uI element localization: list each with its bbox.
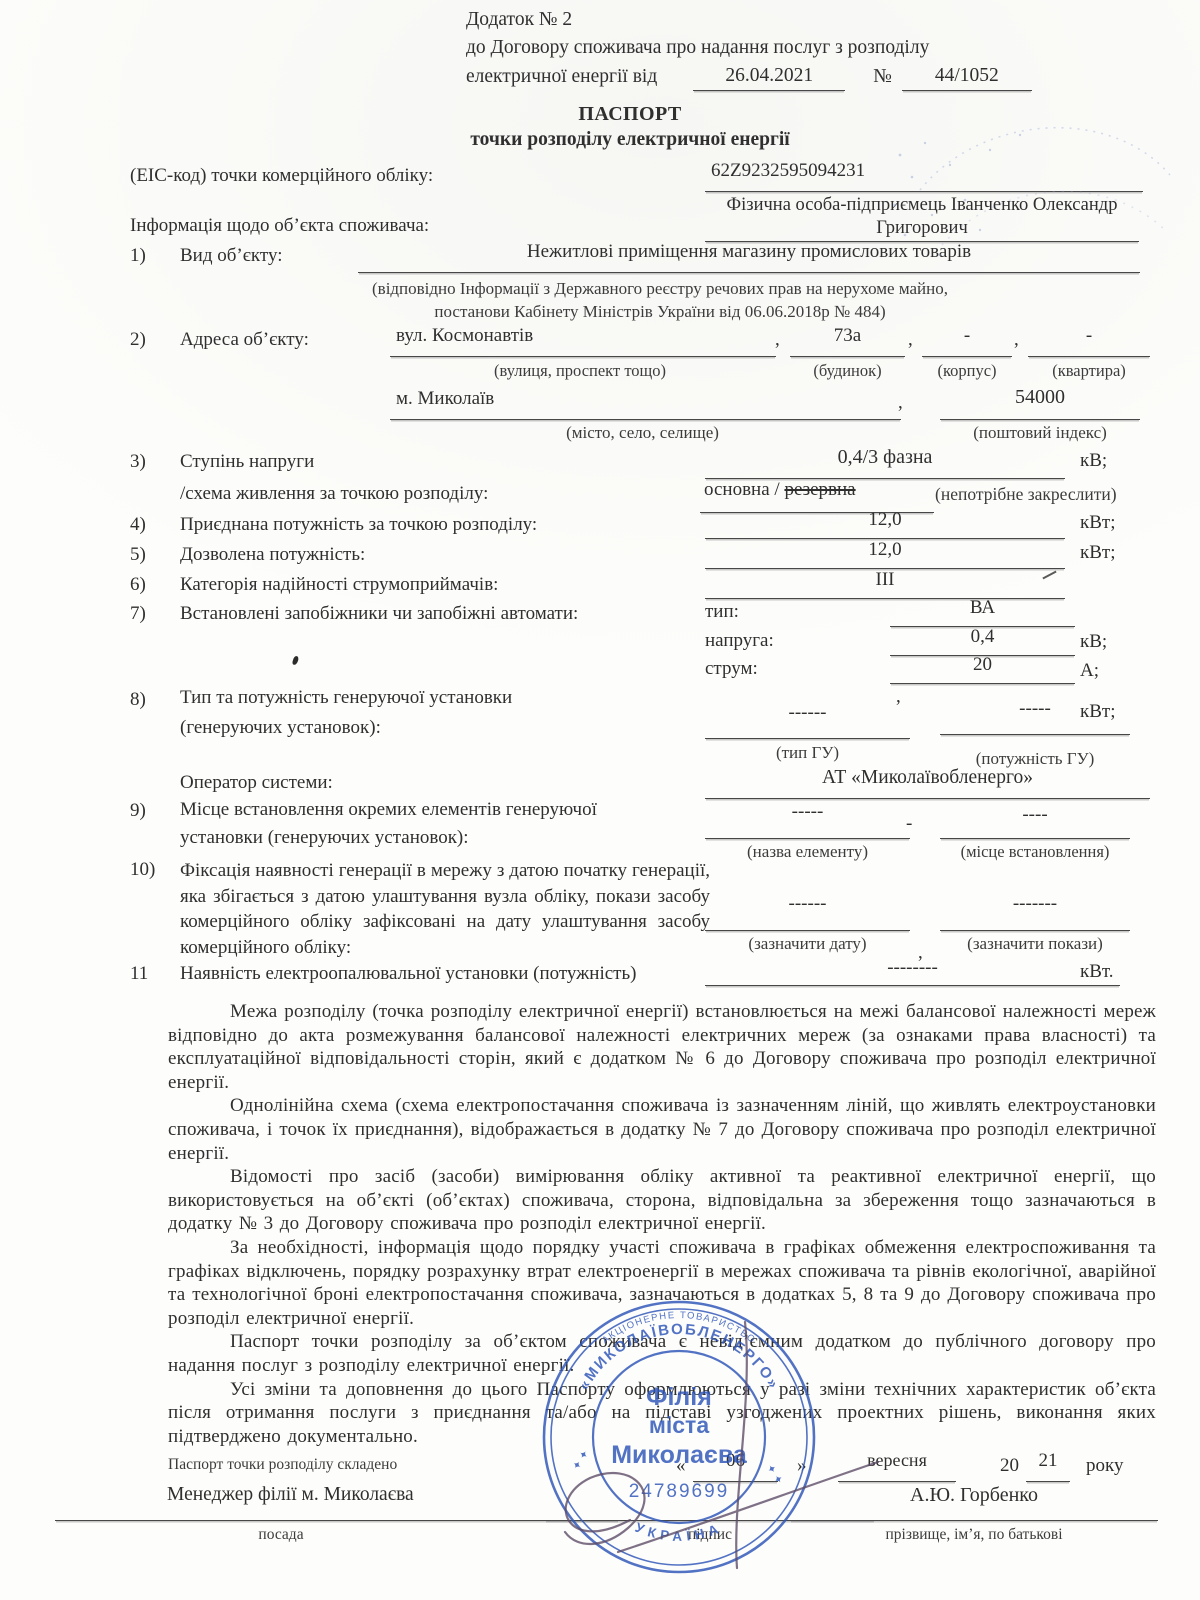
item2-num: 2) bbox=[130, 329, 146, 351]
breaker-type-label: тип: bbox=[705, 601, 739, 623]
item8-label-line2: (генеруючих установок): bbox=[180, 717, 381, 739]
gen-type-note: (тип ГУ) bbox=[705, 743, 910, 763]
generation-readings-note: (зазначити покази) bbox=[940, 934, 1130, 954]
item1-note-line2: постанови Кабінету Міністрів України від… bbox=[180, 300, 1140, 323]
item9-separator: - bbox=[906, 813, 912, 835]
contract-prefix: електричної енергії від bbox=[466, 63, 657, 91]
appendix-title: Додаток № 2 bbox=[466, 6, 1156, 34]
signature-stroke-loop bbox=[565, 1473, 644, 1544]
paragraph-metering: Відомості про засіб (засоби) вимірювання… bbox=[168, 1165, 1156, 1236]
item5-num: 5) bbox=[130, 544, 146, 566]
signature-stroke-vertical bbox=[736, 1322, 747, 1568]
apartment-field: - bbox=[1028, 325, 1150, 357]
breaker-current-unit: А; bbox=[1080, 660, 1099, 682]
comma-2: , bbox=[908, 329, 913, 351]
paragraph-boundary: Межа розподілу (точка розподілу електрич… bbox=[168, 1000, 1156, 1094]
contract-number: 44/1052 bbox=[902, 62, 1032, 91]
street-field: вул. Космонавтів bbox=[390, 325, 776, 357]
comma-1: , bbox=[775, 329, 780, 351]
made-label: Паспорт точки розподілу складено bbox=[168, 1456, 397, 1474]
postal-field: 54000 bbox=[940, 386, 1140, 420]
breaker-current-label: струм: bbox=[705, 658, 758, 680]
generation-readings-value: ------- bbox=[940, 893, 1130, 931]
scanned-passport-document: Додаток № 2 до Договору споживача про на… bbox=[0, 0, 1200, 1600]
item8-unit: кВт; bbox=[1080, 701, 1116, 723]
item2-label: Адреса об’єкту: bbox=[180, 329, 309, 351]
city-note: (місто, село, селище) bbox=[390, 423, 895, 443]
item3-note2: (непотрібне закреслити) bbox=[935, 484, 1117, 505]
year-field: 21 bbox=[1026, 1450, 1070, 1482]
house-field: 73а bbox=[790, 325, 905, 357]
item5-unit: кВт; bbox=[1080, 542, 1116, 564]
element-place-note: (місце встановлення) bbox=[940, 842, 1130, 862]
item11-unit: кВт. bbox=[1080, 961, 1114, 983]
item3-label2: /схема живлення за точкою розподілу: bbox=[180, 483, 488, 505]
comma-3: , bbox=[1014, 329, 1019, 351]
generation-date-value: ------ bbox=[705, 893, 910, 931]
supply-scheme-value: основна / резервна bbox=[700, 479, 934, 513]
comma-4: , bbox=[898, 392, 903, 414]
gen-power-note: (потужність ГУ) bbox=[940, 749, 1130, 769]
item4-num: 4) bbox=[130, 514, 146, 536]
document-header: Додаток № 2 до Договору споживача про на… bbox=[466, 6, 1156, 91]
contract-line: електричної енергії від 26.04.2021 № 44/… bbox=[466, 62, 1156, 91]
gen-type-value: ------ bbox=[705, 702, 910, 739]
element-name-value: ----- bbox=[705, 801, 910, 839]
item8-label-line1: Тип та потужність генеруючої установки bbox=[180, 687, 512, 709]
ghost-stamp-marks bbox=[870, 95, 1180, 285]
heating-unit-value: -------- bbox=[705, 957, 1120, 986]
year-suffix: року bbox=[1086, 1455, 1123, 1477]
item3-num: 3) bbox=[130, 451, 146, 473]
element-place-value: ---- bbox=[940, 804, 1130, 839]
eic-label: (ЕІС-код) точки комерційного обліку: bbox=[130, 165, 433, 187]
item10-num: 10) bbox=[130, 859, 155, 881]
item9-label-line2: установки (генеруючих установок): bbox=[180, 827, 469, 849]
item6-label: Категорія надійності струмоприймачів: bbox=[180, 574, 498, 596]
item7-num: 7) bbox=[130, 603, 146, 625]
breaker-type-value: ВА bbox=[890, 597, 1075, 627]
breaker-current-value: 20 bbox=[890, 654, 1075, 684]
allowed-power-value: 12,0 bbox=[705, 539, 1065, 569]
appendix-subtitle: до Договору споживача про надання послуг… bbox=[466, 34, 1156, 62]
item10-label: Фіксація наявності генерації в мережу з … bbox=[180, 858, 710, 960]
operator-label: Оператор системи: bbox=[180, 772, 333, 794]
city-field: м. Миколаїв bbox=[390, 388, 901, 420]
paragraph-scheme: Однолінійна схема (схема електропостачан… bbox=[168, 1094, 1156, 1165]
postal-note: (поштовий індекс) bbox=[940, 423, 1140, 443]
item1-num: 1) bbox=[130, 245, 146, 267]
item11-num: 11 bbox=[130, 963, 148, 985]
year-prefix: 20 bbox=[1000, 1455, 1019, 1477]
breaker-voltage-value: 0,4 bbox=[890, 626, 1075, 656]
item3-unit: кВ; bbox=[1080, 450, 1107, 472]
street-note: (вулиця, проспект тощо) bbox=[390, 361, 770, 381]
voltage-level-value: 0,4/3 фазна bbox=[705, 446, 1065, 479]
apartment-note: (квартира) bbox=[1028, 361, 1150, 381]
item6-num: 6) bbox=[130, 574, 146, 596]
scan-noise-blob bbox=[292, 655, 300, 665]
position-note: посада bbox=[55, 1526, 507, 1544]
scheme-struck: резервна bbox=[784, 479, 855, 500]
connected-power-value: 12,0 bbox=[705, 509, 1065, 539]
reliability-category-value: ІІІ bbox=[705, 569, 1065, 599]
item4-label: Приєднана потужність за точкою розподілу… bbox=[180, 514, 537, 536]
item9-num: 9) bbox=[130, 800, 146, 822]
item5-label: Дозволена потужність: bbox=[180, 544, 365, 566]
item4-unit: кВт; bbox=[1080, 512, 1116, 534]
building-field: - bbox=[922, 325, 1012, 357]
item7-label: Встановлені запобіжники чи запобіжні авт… bbox=[180, 603, 578, 625]
breaker-voltage-label: напруга: bbox=[705, 630, 774, 652]
scheme-main: основна / bbox=[704, 479, 784, 500]
item8-num: 8) bbox=[130, 689, 146, 711]
operator-value: АТ «Миколаївобленерго» bbox=[705, 767, 1150, 799]
generation-date-note: (зазначити дату) bbox=[705, 934, 910, 954]
contract-date: 26.04.2021 bbox=[693, 62, 845, 91]
handwritten-signature bbox=[470, 1270, 900, 1600]
building-note: (корпус) bbox=[922, 361, 1012, 381]
item9-label-line1: Місце встановлення окремих елементів ген… bbox=[180, 799, 597, 821]
number-sign: № bbox=[873, 63, 892, 91]
consumer-label: Інформація щодо об’єкта споживача: bbox=[130, 215, 429, 237]
breaker-voltage-unit: кВ; bbox=[1080, 631, 1107, 653]
item11-label: Наявність електроопалювальної установки … bbox=[180, 963, 636, 985]
item1-label: Вид об’єкту: bbox=[180, 245, 282, 267]
element-name-note: (назва елементу) bbox=[705, 842, 910, 862]
house-note: (будинок) bbox=[790, 361, 905, 381]
signature-stroke-diagonal bbox=[618, 1462, 878, 1552]
item3-label: Ступінь напруги bbox=[180, 451, 314, 473]
